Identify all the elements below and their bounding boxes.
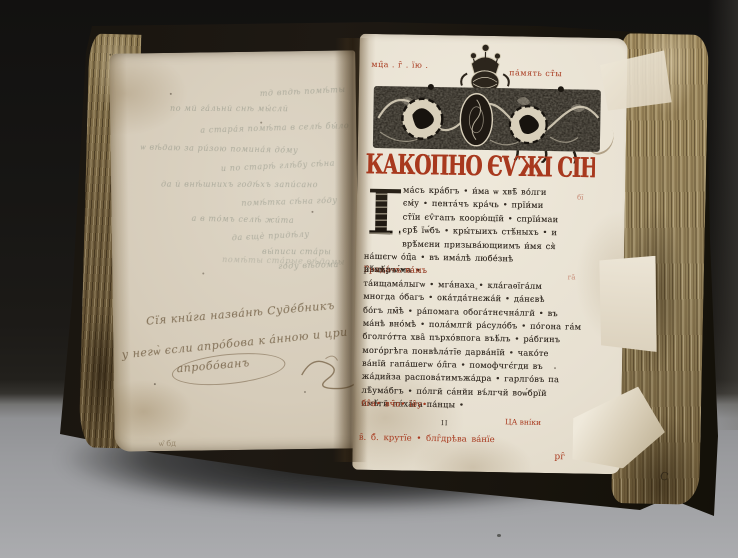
ownership-inscription-line: Сїя кни́га назва́нѣ Суде́бникъ <box>146 300 336 328</box>
worm-holes <box>109 54 111 56</box>
margin-note: га̑ <box>568 273 576 281</box>
left-page-bottom-marks: ѡ̑ бд <box>159 439 176 448</box>
ghost-handwriting-line: и по старѣ́ глѣ́бу сѣ́на <box>221 159 336 174</box>
crown-finial <box>461 44 509 93</box>
ghost-handwriting-line: да й внѣ́шнихъ годѣ́хъ запи́сано <box>161 180 318 190</box>
right-page: мц̑а . г̑ . їю . па́мять ст̑ы <box>352 34 628 475</box>
ghost-handwriting-line: помѣ́тка сѣ́на го́ду <box>241 196 337 208</box>
tail-mark: ІІ <box>441 419 449 427</box>
tail-red-note: ЦА вні́ки <box>505 417 541 427</box>
floor-speck <box>497 534 501 537</box>
ghost-handwriting-line: вы́писи ста́ры <box>262 247 331 256</box>
photo-scene: С тд впдѣ помѣ́тыпо мй га́льнй снѣ мы́сл… <box>0 0 738 558</box>
closing-red-line: в̑. б̑. крутїе • блг̑дрѣва ва́нїе <box>359 433 495 445</box>
ghost-handwriting-line: а стара́я помѣ́та в селѣ́ бы́ло <box>200 121 349 135</box>
gutter-shadow <box>333 38 369 462</box>
ghost-handwriting-line: ѡ вѣ́даю за ри́зою помина́я до́му <box>140 143 298 155</box>
woodcut-headpiece-ornament <box>370 34 614 164</box>
ghost-handwriting-line: да єщѐ придѣ́лу <box>232 230 310 243</box>
left-page: тд впдѣ помѣ́тыпо мй га́льнй снѣ мы́слйа… <box>109 50 361 451</box>
ghost-handwriting-line: тд впдѣ помѣ́ты <box>260 85 346 98</box>
body-text-block: ма́съ кра́бгъ • и́ма ѡ хвѣ̑ во́лгиєм́у •… <box>361 184 611 416</box>
ghost-handwriting-line: помѣ́ты ста́рые вѣ́домы <box>222 255 345 267</box>
folio-number: рг̑ <box>554 452 565 462</box>
margin-note: бі̑ <box>577 194 584 202</box>
ghost-handwriting-line: по мй га́льнй снѣ мы́слй <box>170 104 289 113</box>
worm-holes <box>360 34 362 36</box>
ghost-handwriting-line: а в то́мъ селѣ́ жи́та <box>191 214 294 225</box>
